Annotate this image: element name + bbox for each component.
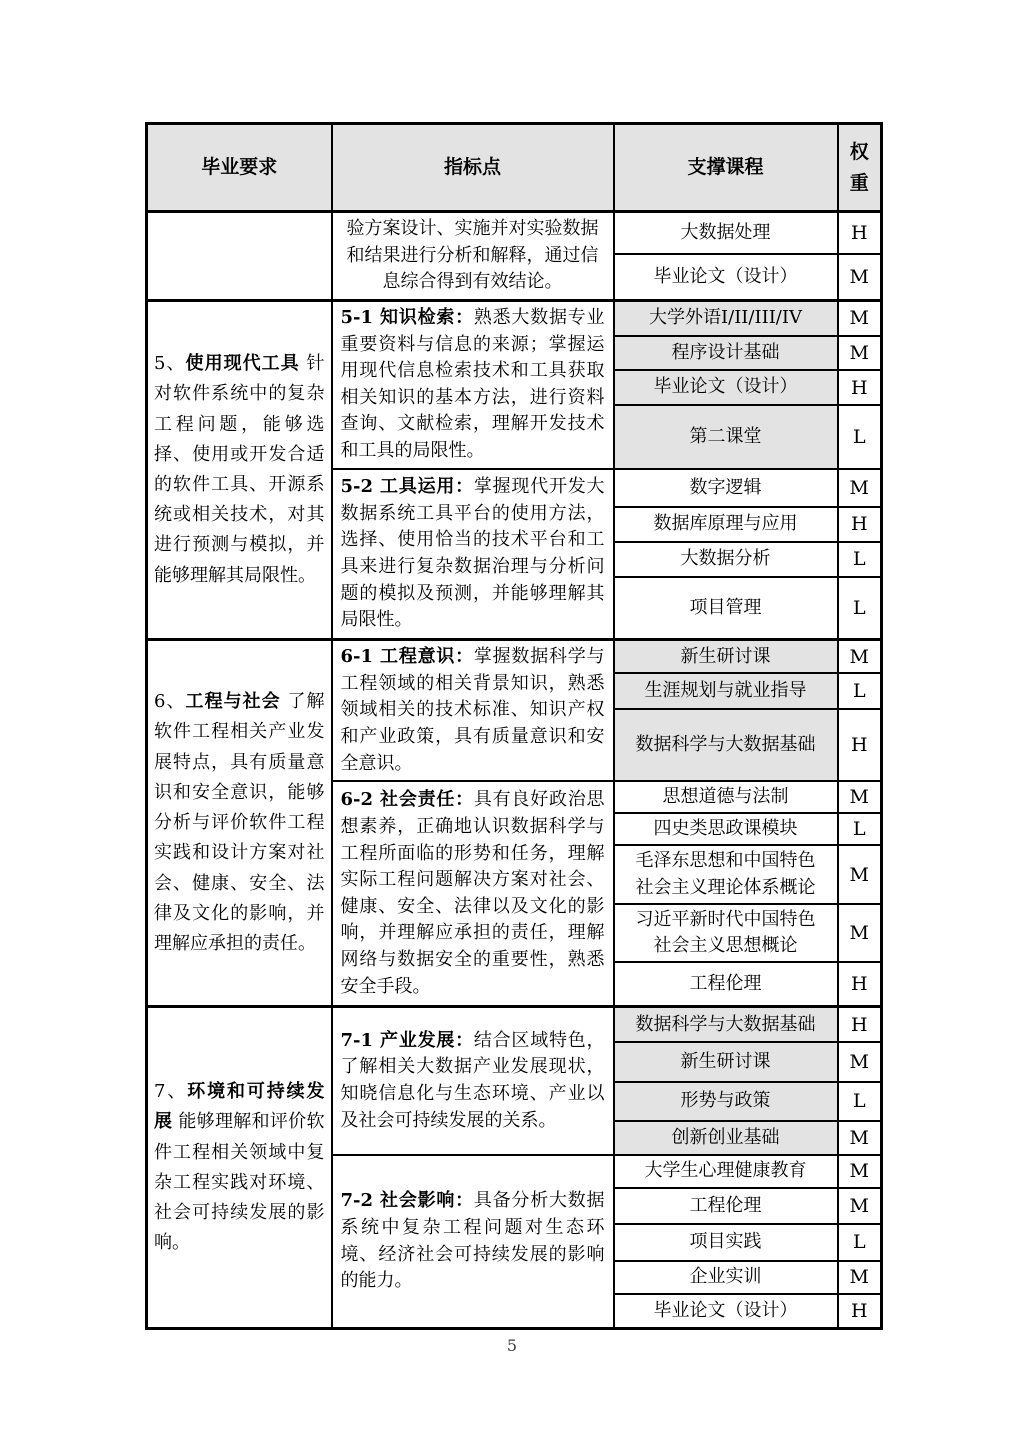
requirement-number: 7、	[154, 1081, 187, 1102]
indicator-text: 验方案设计、实施并对实验数据和结果进行分析和解释，通过信息综合得到有效结论。	[347, 218, 599, 292]
course-cell: 第二课堂	[614, 405, 838, 469]
requirement-cell-5: 5、使用现代工具 针对软件系统中的复杂工程问题，能够选择、使用或开发合适的软件工…	[147, 300, 332, 639]
weight-cell: L	[838, 673, 882, 709]
weight-cell: M	[838, 254, 882, 300]
weight-cell: M	[838, 1155, 882, 1188]
requirement-cell-7: 7、环境和可持续发展 能够理解和评价软件工程相关领域中复杂工程实践对环境、社会可…	[147, 1007, 332, 1329]
weight-cell: M	[838, 469, 882, 507]
course-cell: 毛泽东思想和中国特色 社会主义理论体系概论	[614, 845, 838, 903]
indicator-text: 具有良好政治思想素养，正确地认识数据科学与工程所面临的形势和任务，理解实际工程问…	[341, 789, 605, 996]
course-cell: 程序设计基础	[614, 336, 838, 370]
course-cell: 项目管理	[614, 577, 838, 640]
course-cell: 创新创业基础	[614, 1121, 838, 1155]
course-cell: 思想道德与法制	[614, 781, 838, 813]
document-page: 毕业要求 指标点 支撑课程 权重 验方案设计、实施并对实验数据和结果进行分析和解…	[0, 0, 1024, 1448]
indicator-cell-6-1: 6-1 工程意识：掌握数据科学与工程领域的相关背景知识，熟悉领域相关的技术标准、…	[332, 640, 614, 782]
weight-cell: M	[838, 1261, 882, 1294]
indicator-label: 7-1 产业发展：	[341, 1030, 474, 1051]
weight-cell: L	[838, 1224, 882, 1261]
requirement-text: 针对软件系统中的复杂工程问题，能够选择、使用或开发合适的软件工具、开源系统或相关…	[154, 353, 325, 586]
page-number: 5	[0, 1336, 1024, 1355]
requirement-number: 5、	[154, 353, 186, 374]
weight-cell: L	[838, 1082, 882, 1121]
weight-cell: L	[838, 577, 882, 640]
weight-cell: H	[838, 507, 882, 542]
weight-cell: H	[838, 962, 882, 1007]
course-cell: 工程伦理	[614, 962, 838, 1007]
course-cell: 大学生心理健康教育	[614, 1155, 838, 1188]
course-cell: 大数据分析	[614, 542, 838, 577]
requirement-cell-4-continued	[147, 212, 332, 301]
weight-cell: M	[838, 845, 882, 903]
course-cell: 数据科学与大数据基础	[614, 709, 838, 781]
weight-cell: M	[838, 1121, 882, 1155]
indicator-label: 5-2 工具运用：	[341, 476, 474, 497]
course-cell: 习近平新时代中国特色 社会主义思想概论	[614, 904, 838, 962]
course-cell: 大学外语I/II/III/IV	[614, 300, 838, 335]
weight-cell: M	[838, 300, 882, 335]
col-header-supporting-course: 支撑课程	[614, 124, 838, 212]
course-cell: 工程伦理	[614, 1188, 838, 1224]
weight-cell: L	[838, 542, 882, 577]
weight-cell: L	[838, 813, 882, 845]
indicator-cell-5-2: 5-2 工具运用：掌握现代开发大数据系统工具平台的使用方法，选择、使用恰当的技术…	[332, 469, 614, 640]
course-cell: 形势与政策	[614, 1082, 838, 1121]
indicator-cell-6-2: 6-2 社会责任：具有良好政治思想素养，正确地认识数据科学与工程所面临的形势和任…	[332, 781, 614, 1007]
weight-cell: H	[838, 709, 882, 781]
graduation-requirement-support-table: 毕业要求 指标点 支撑课程 权重 验方案设计、实施并对实验数据和结果进行分析和解…	[145, 122, 883, 1330]
course-cell: 生涯规划与就业指导	[614, 673, 838, 709]
course-cell: 毕业论文（设计）	[614, 370, 838, 405]
course-cell: 毕业论文（设计）	[614, 1294, 838, 1329]
indicator-text: 掌握现代开发大数据系统工具平台的使用方法，选择、使用恰当的技术平台和工具来进行复…	[341, 476, 605, 630]
indicator-label: 6-2 社会责任：	[341, 789, 474, 810]
indicator-cell-7-2: 7-2 社会影响：具备分析大数据系统中复杂工程问题对生态环境、经济社会可持续发展…	[332, 1155, 614, 1329]
course-cell: 数字逻辑	[614, 469, 838, 507]
requirement-text: 了解软件工程相关产业发展特点，具有质量意识和安全意识，能够分析与评价软件工程实践…	[154, 691, 325, 954]
requirement-text: 能够理解和评价软件工程相关领域中复杂工程实践对环境、社会可持续发展的影响。	[154, 1111, 325, 1253]
requirement-cell-6: 6、工程与社会 了解软件工程相关产业发展特点，具有质量意识和安全意识，能够分析与…	[147, 640, 332, 1007]
weight-cell: H	[838, 1007, 882, 1042]
course-cell: 新生研讨课	[614, 1042, 838, 1082]
course-cell: 新生研讨课	[614, 640, 838, 674]
requirement-number: 6、	[154, 691, 186, 712]
weight-cell: M	[838, 1188, 882, 1224]
indicator-cell-5-1: 5-1 知识检索：熟悉大数据专业重要资料与信息的来源；掌握运用现代信息检索技术和…	[332, 300, 614, 468]
course-cell: 四史类思政课模块	[614, 813, 838, 845]
indicator-label: 7-2 社会影响：	[341, 1190, 474, 1211]
weight-cell: M	[838, 1042, 882, 1082]
course-cell: 项目实践	[614, 1224, 838, 1261]
course-cell: 毕业论文（设计）	[614, 254, 838, 300]
weight-cell: M	[838, 336, 882, 370]
course-cell: 企业实训	[614, 1261, 838, 1294]
indicator-cell-4-continued: 验方案设计、实施并对实验数据和结果进行分析和解释，通过信息综合得到有效结论。	[332, 212, 614, 301]
col-header-indicator-point: 指标点	[332, 124, 614, 212]
weight-cell: L	[838, 405, 882, 469]
course-cell: 数据科学与大数据基础	[614, 1007, 838, 1042]
indicator-label: 5-1 知识检索：	[341, 307, 474, 328]
col-header-weight: 权重	[838, 124, 882, 212]
indicator-label: 6-1 工程意识：	[341, 646, 474, 667]
course-cell: 数据库原理与应用	[614, 507, 838, 542]
course-cell: 大数据处理	[614, 212, 838, 255]
requirement-title: 工程与社会	[186, 691, 281, 712]
indicator-text: 熟悉大数据专业重要资料与信息的来源；掌握运用现代信息检索技术和工具获取相关知识的…	[341, 307, 605, 461]
indicator-cell-7-1: 7-1 产业发展：结合区域特色，了解相关大数据产业发展现状，知晓信息化与生态环境…	[332, 1007, 614, 1155]
weight-cell: M	[838, 904, 882, 962]
weight-cell: H	[838, 212, 882, 255]
requirement-title: 使用现代工具	[186, 353, 300, 374]
col-header-graduation-requirement: 毕业要求	[147, 124, 332, 212]
weight-cell: M	[838, 781, 882, 813]
weight-cell: H	[838, 370, 882, 405]
weight-cell: M	[838, 640, 882, 674]
weight-cell: H	[838, 1294, 882, 1329]
